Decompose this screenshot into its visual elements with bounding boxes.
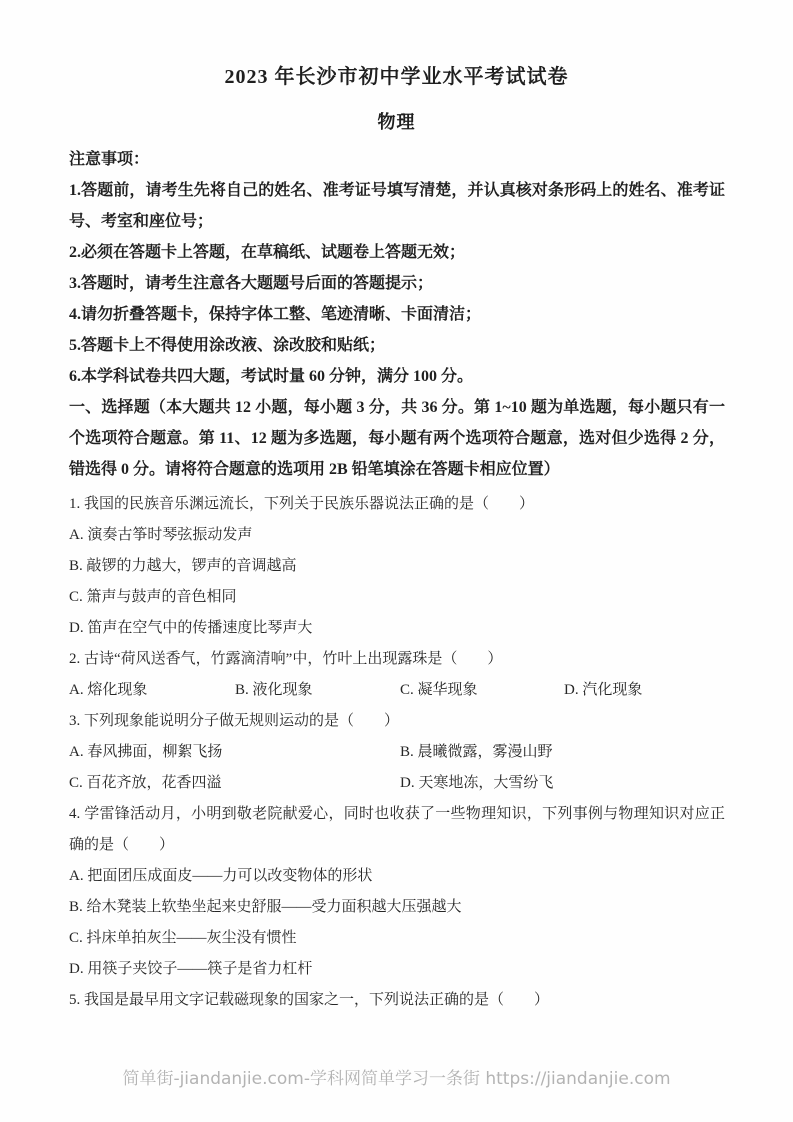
question-3-option-c: C. 百花齐放，花香四溢 [69,768,400,799]
question-2-text: 2. 古诗“荷风送香气，竹露滴清响”中，竹叶上出现露珠是（ ） [69,644,725,675]
question-1-option-a: A. 演奏古筝时琴弦振动发声 [69,520,725,551]
notice-item-1: 1.答题前，请考生先将自己的姓名、准考证号填写清楚，并认真核对条形码上的姓名、准… [69,175,725,237]
page-title: 2023 年长沙市初中学业水平考试试卷 [0,0,793,92]
question-2-option-b: B. 液化现象 [235,675,400,706]
question-2-option-d: D. 汽化现象 [564,675,725,706]
watermark-footer: 简单街-jiandanjie.com-学科网简单学习一条街 https://ji… [0,1066,793,1092]
question-3-option-a: A. 春风拂面，柳絮飞扬 [69,737,400,768]
notice-item-4: 4.请勿折叠答题卡，保持字体工整、笔迹清晰、卡面清洁； [69,299,725,330]
notice-item-5: 5.答题卡上不得使用涂改液、涂改胶和贴纸； [69,330,725,361]
question-3-options-grid: A. 春风拂面，柳絮飞扬 B. 晨曦微露，雾漫山野 C. 百花齐放，花香四溢 D… [69,737,725,799]
exam-body: 注意事项： 1.答题前，请考生先将自己的姓名、准考证号填写清楚，并认真核对条形码… [0,144,793,1016]
question-2-options-row: A. 熔化现象 B. 液化现象 C. 凝华现象 D. 汽化现象 [69,675,725,706]
question-4-option-b: B. 给木凳装上软垫坐起来史舒服——受力面积越大压强越大 [69,892,725,923]
question-1-text: 1. 我国的民族音乐渊远流长，下列关于民族乐器说法正确的是（ ） [69,489,725,520]
question-5: 5. 我国是最早用文字记载磁现象的国家之一，下列说法正确的是（ ） [69,985,725,1016]
question-1-option-c: C. 箫声与鼓声的音色相同 [69,582,725,613]
notices-label: 注意事项： [69,144,725,175]
subject-title: 物理 [0,108,793,136]
notice-item-3: 3.答题时，请考生注意各大题题号后面的答题提示； [69,268,725,299]
question-4-text: 4. 学雷锋活动月，小明到敬老院献爱心，同时也收获了一些物理知识，下列事例与物理… [69,799,725,861]
question-3-option-d: D. 天寒地冻，大雪纷飞 [400,768,725,799]
question-4: 4. 学雷锋活动月，小明到敬老院献爱心，同时也收获了一些物理知识，下列事例与物理… [69,799,725,985]
question-3-option-b: B. 晨曦微露，雾漫山野 [400,737,725,768]
notice-item-6: 6.本学科试卷共四大题，考试时量 60 分钟，满分 100 分。 [69,361,725,392]
question-3: 3. 下列现象能说明分子做无规则运动的是（ ） A. 春风拂面，柳絮飞扬 B. … [69,706,725,799]
question-4-option-a: A. 把面团压成面皮——力可以改变物体的形状 [69,861,725,892]
question-4-option-c: C. 抖床单拍灰尘——灰尘没有惯性 [69,923,725,954]
question-list: 1. 我国的民族音乐渊远流长，下列关于民族乐器说法正确的是（ ） A. 演奏古筝… [69,489,725,1016]
question-5-text: 5. 我国是最早用文字记载磁现象的国家之一，下列说法正确的是（ ） [69,985,725,1016]
question-4-option-d: D. 用筷子夹饺子——筷子是省力杠杆 [69,954,725,985]
section-one-heading: 一、选择题（本大题共 12 小题，每小题 3 分，共 36 分。第 1~10 题… [69,392,725,485]
question-2-option-a: A. 熔化现象 [69,675,235,706]
question-1-option-b: B. 敲锣的力越大，锣声的音调越高 [69,551,725,582]
question-2: 2. 古诗“荷风送香气，竹露滴清响”中，竹叶上出现露珠是（ ） A. 熔化现象 … [69,644,725,706]
notice-item-2: 2.必须在答题卡上答题，在草稿纸、试题卷上答题无效； [69,237,725,268]
question-3-text: 3. 下列现象能说明分子做无规则运动的是（ ） [69,706,725,737]
exam-paper-page: 2023 年长沙市初中学业水平考试试卷 物理 注意事项： 1.答题前，请考生先将… [0,0,793,1122]
question-2-option-c: C. 凝华现象 [400,675,564,706]
question-1: 1. 我国的民族音乐渊远流长，下列关于民族乐器说法正确的是（ ） A. 演奏古筝… [69,489,725,644]
question-1-option-d: D. 笛声在空气中的传播速度比琴声大 [69,613,725,644]
